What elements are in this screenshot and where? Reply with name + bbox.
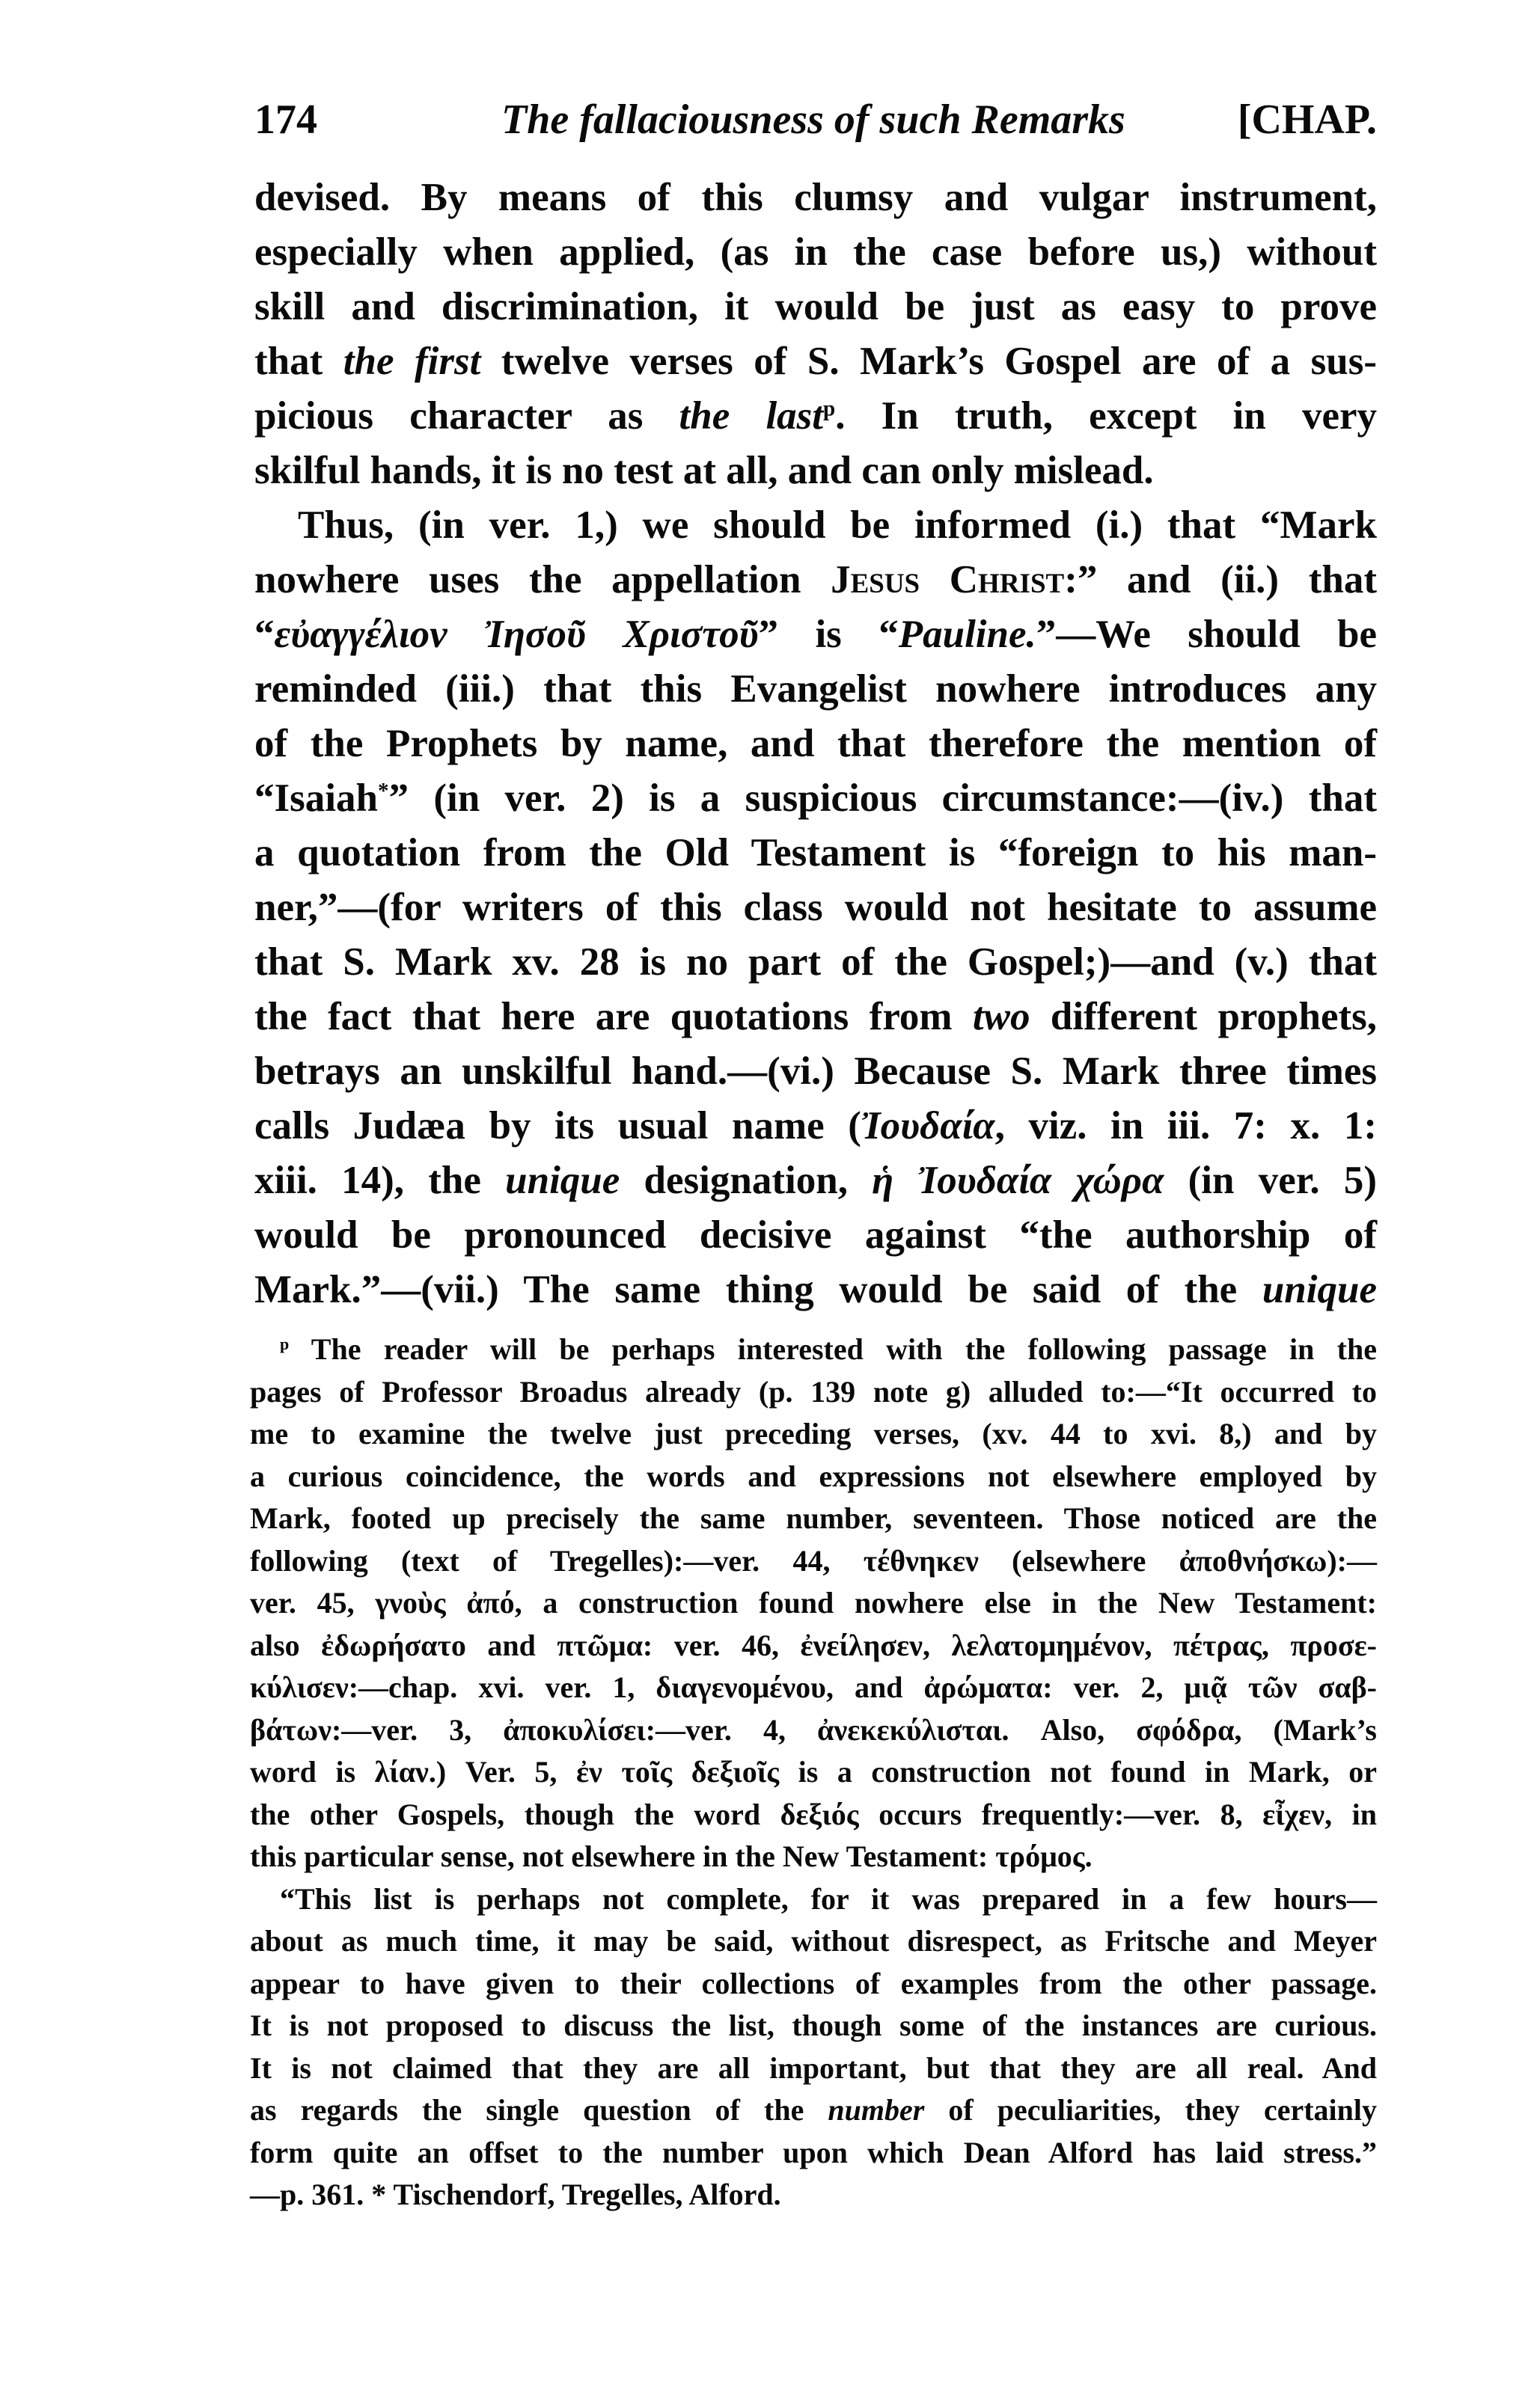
text-line: would be pronounced decisive against “th… [254,1208,1377,1263]
chapter-mark: [CHAP. [1238,96,1377,144]
footnote-line: word is λίαν.) Ver. 5, ἐν τοῖς δεξιοῖς i… [250,1751,1377,1794]
text-run: Tischendorf, Tregelles, Alford. [386,2178,780,2211]
footnote-line: Mark, footed up precisely the same numbe… [250,1498,1377,1540]
text-run: (in ver. 5) [1164,1159,1377,1202]
emphasis: the last [679,394,824,438]
text-line: betrays an unskilful hand.—(vi.) Because… [254,1044,1377,1099]
text-run: that [254,340,343,383]
greek-text: εὐαγγέλιον Ἰησοῦ Χριστοῦ [275,613,759,656]
greek-text: ἡ Ἰουδαία χώρα [872,1159,1164,1202]
text-line: skilful hands, it is no test at all, and… [254,444,1377,498]
text-run: calls Judæa by its usual name ( [254,1104,861,1148]
text-run: different prophets, [1030,995,1377,1038]
footnote-marker-p: p [280,1335,289,1353]
text-run: of peculiarities, they certainly [924,2093,1377,2127]
footnote-line: following (text of Tregelles):—ver. 44, … [250,1540,1377,1583]
footnote-line: ver. 45, γνοὺς ἀπό, a construction found… [250,1582,1377,1625]
text-run: xiii. 14), the [254,1159,505,1202]
text-run: the fact that here are quotations from [254,995,973,1038]
footnote-line: βάτων:—ver. 3, ἀποκυλίσει:—ver. 4, ἀνεκε… [250,1709,1377,1752]
footnote-line: a curious coincidence, the words and exp… [250,1456,1377,1498]
page-number: 174 [254,96,317,144]
text-line: of the Prophets by name, and that theref… [254,717,1377,771]
emphasis: Pauline. [899,613,1036,656]
footnote-line: also ἐδωρήσατο and πτῶμα: ver. 46, ἐνείλ… [250,1625,1377,1667]
emphasis: unique [1262,1268,1377,1311]
footnote-line: this particular sense, not elsewhere in … [250,1836,1377,1878]
text-line: ner,”—(for writers of this class would n… [254,880,1377,935]
text-run: designation, [620,1159,872,1202]
footnote-line: “This list is perhaps not complete, for … [250,1878,1377,1921]
main-text: devised. By means of this clumsy and vul… [254,171,1377,1317]
footnote-line: about as much time, it may be said, with… [250,1920,1377,1963]
footnotes: p The reader will be perhaps interested … [250,1329,1377,2216]
text-line: Thus, (in ver. 1,) we should be informed… [254,498,1377,553]
footnote-line: form quite an offset to the number upon … [250,2132,1377,2175]
footnote-line: as regards the single question of the nu… [250,2089,1377,2132]
text-line: Mark.”—(vii.) The same thing would be sa… [254,1263,1377,1317]
footnote-line: the other Gospels, though the word δεξιό… [250,1794,1377,1836]
emphasis: unique [505,1159,620,1202]
running-title: The fallaciousness of such Remarks [501,96,1125,144]
emphasis: two [973,995,1030,1038]
text-line: that S. Mark xv. 28 is no part of the Go… [254,935,1377,990]
emphasis: the first [343,340,481,383]
footnote-line: κύλισεν:—chap. xvi. ver. 1, διαγενομένου… [250,1667,1377,1709]
text-run: ”—We should be [1036,613,1377,656]
text-run: . In truth, except in very [835,394,1377,438]
text-run: Mark.”—(vii.) The same thing would be sa… [254,1268,1262,1311]
text-line: devised. By means of this clumsy and vul… [254,171,1377,225]
text-line: “Isaiah*” (in ver. 2) is a suspicious ci… [254,771,1377,826]
text-line: picious character as the lastp. In truth… [254,389,1377,444]
greek-text: Ἰουδαία [861,1104,995,1148]
footnote-line: It is not claimed that they are all impo… [250,2047,1377,2090]
footnote-line: It is not proposed to discuss the list, … [250,2005,1377,2047]
footnote-line: p The reader will be perhaps interested … [250,1329,1377,1371]
text-run: as regards the single question of the [250,2093,828,2127]
text-run: twelve verses of S. Mark’s Gospel are of… [480,340,1377,383]
citation: —p. 361. [250,2178,364,2211]
text-line: that the first twelve verses of S. Mark’… [254,334,1377,389]
text-line: reminded (iii.) that this Evangelist now… [254,662,1377,717]
footnote-line: pages of Professor Broadus already (p. 1… [250,1371,1377,1414]
text-line: especially when applied, (as in the case… [254,225,1377,280]
emphasis: number [828,2093,924,2127]
footnote-ref-p[interactable]: p [823,397,835,421]
text-run: “Isaiah [254,776,378,820]
text-run: picious character as [254,394,679,438]
text-line: skill and discrimination, it would be ju… [254,280,1377,334]
text-run: ” is “ [759,613,899,656]
text-line: “εὐαγγέλιον Ἰησοῦ Χριστοῦ” is “Pauline.”… [254,607,1377,662]
small-caps-name: Jesus Christ [831,558,1064,601]
text-line: the fact that here are quotations from t… [254,990,1377,1044]
footnote-line: —p. 361. * Tischendorf, Tregelles, Alfor… [250,2174,1377,2216]
text-run: The reader will be perhaps interested wi… [289,1332,1377,1366]
text-line: xiii. 14), the unique designation, ἡ Ἰου… [254,1154,1377,1208]
text-line: calls Judæa by its usual name (Ἰουδαία, … [254,1099,1377,1154]
footnote-ref-asterisk[interactable]: * [378,779,389,803]
footnote-line: me to examine the twelve just preceding … [250,1413,1377,1456]
text-line: a quotation from the Old Testament is “f… [254,826,1377,880]
footnote-asterisk: * Tischendorf, Tregelles, Alford. [371,2178,780,2211]
text-run: “ [254,613,275,656]
text-line: nowhere uses the appellation Jesus Chris… [254,553,1377,607]
running-head: 174 The fallaciousness of such Remarks [… [254,96,1377,156]
text-run: nowhere uses the appellation [254,558,831,601]
text-run: , viz. in iii. 7: x. 1: [995,1104,1377,1148]
text-run: ” (in ver. 2) is a suspicious circumstan… [389,776,1377,820]
footnote-marker-asterisk: * [371,2178,386,2211]
footnote-line: appear to have given to their collection… [250,1963,1377,2006]
text-run: :” and (ii.) that [1064,558,1377,601]
